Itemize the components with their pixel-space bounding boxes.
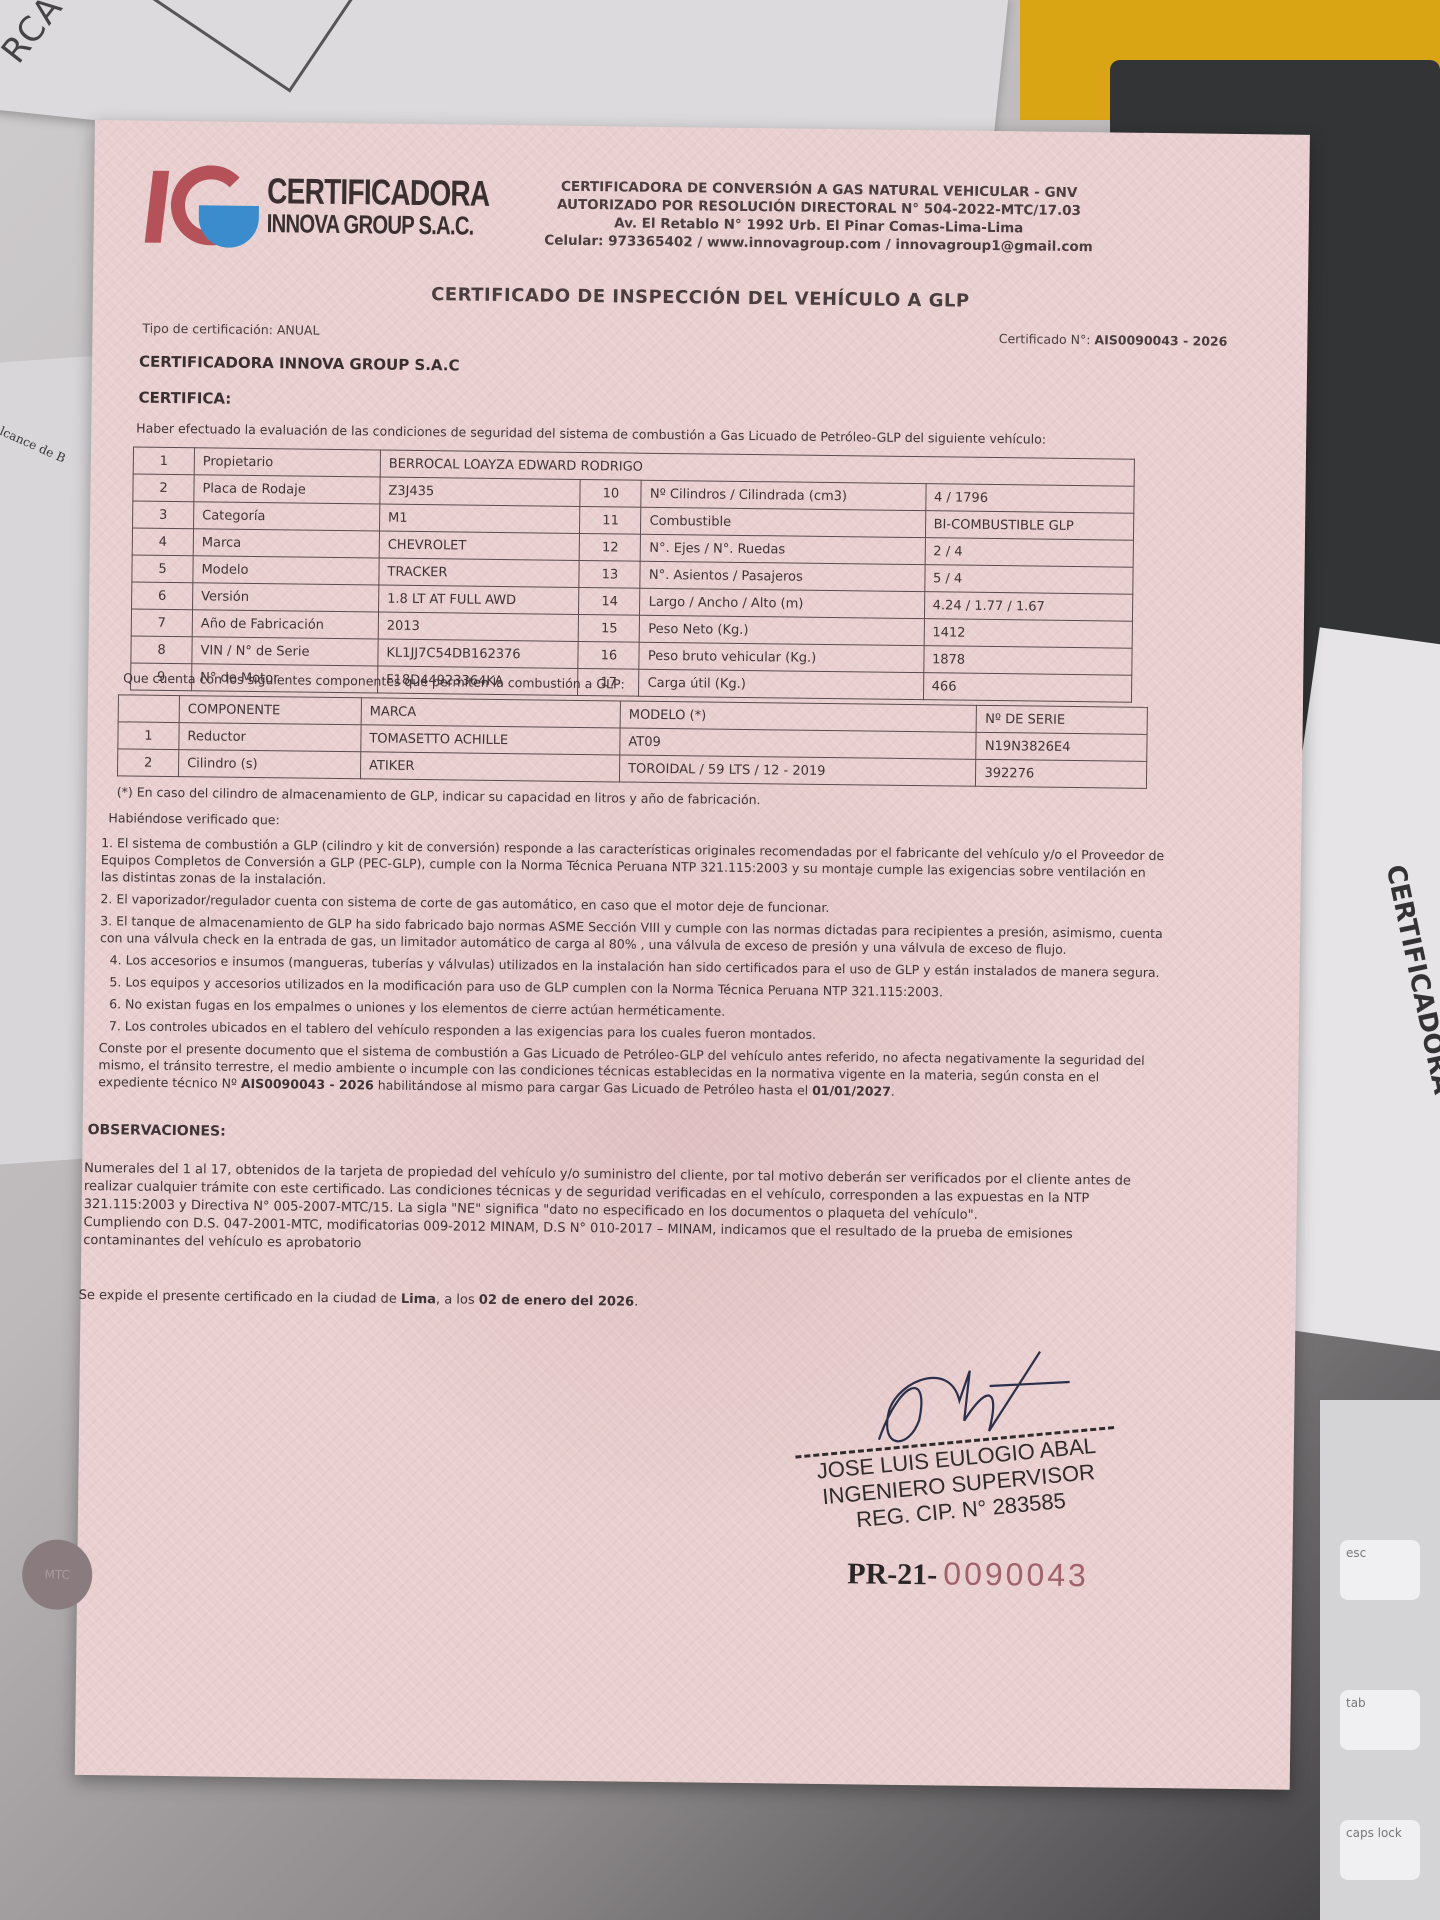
valid-until-date: 01/01/2027 bbox=[812, 1083, 891, 1099]
verification-list: 1. El sistema de combustión a GLP (cilin… bbox=[98, 834, 1166, 1108]
company-logo: CERTIFICADORA INNOVA GROUP S.A.C. bbox=[148, 151, 469, 255]
component-serial: N19N3826E4 bbox=[976, 732, 1147, 761]
background-drawn-box bbox=[103, 0, 355, 93]
logo-text: CERTIFICADORA INNOVA GROUP S.A.C. bbox=[267, 170, 553, 242]
constancia-text: habilitándose al mismo para cargar Gas L… bbox=[374, 1077, 813, 1097]
expediente-number: AIS0090043 - 2026 bbox=[241, 1076, 374, 1093]
background-paper-left-text: dentro del alcance de B bbox=[0, 394, 68, 465]
issued-city: Lima bbox=[401, 1292, 436, 1307]
field-label: Año de Fabricación bbox=[192, 610, 378, 639]
field-value: 4.24 / 1.77 / 1.67 bbox=[924, 592, 1133, 622]
verification-item: 1. El sistema de combustión a GLP (cilin… bbox=[101, 834, 1167, 898]
certificate-header: CERTIFICADORA INNOVA GROUP S.A.C. CERTIF… bbox=[148, 151, 1269, 275]
certificate-document: CERTIFICADORA INNOVA GROUP S.A.C. CERTIF… bbox=[75, 120, 1310, 1790]
field-value: 466 bbox=[923, 673, 1132, 703]
cylinder-note: (*) En caso del cilindro de almacenamien… bbox=[117, 784, 761, 807]
components-table: COMPONENTE MARCA MODELO (*) Nº DE SERIE … bbox=[117, 694, 1148, 789]
issued-text: Se expide el presente certificado en la … bbox=[79, 1288, 401, 1307]
certification-type: Tipo de certificación: ANUAL bbox=[142, 321, 319, 338]
row-number: 15 bbox=[579, 614, 640, 642]
issued-date: 02 de enero del 2026 bbox=[479, 1293, 634, 1310]
field-value: 1.8 LT AT FULL AWD bbox=[378, 585, 579, 614]
logo-line-2: INNOVA GROUP S.A.C. bbox=[267, 208, 490, 242]
row-number: 6 bbox=[132, 582, 193, 610]
field-value: 5 / 4 bbox=[924, 565, 1133, 595]
component-model: TOROIDAL / 59 LTS / 12 - 2019 bbox=[619, 755, 976, 786]
background-paper-right-text: CERTIFICADORA bbox=[1380, 862, 1440, 1097]
keyboard-key: esc bbox=[1340, 1540, 1420, 1600]
field-label: N°. Asientos / Pasajeros bbox=[640, 561, 924, 591]
row-number: 13 bbox=[579, 560, 640, 588]
field-value: BI-COMBUSTIBLE GLP bbox=[925, 511, 1134, 541]
field-value: 1412 bbox=[924, 619, 1133, 649]
field-label: Peso bruto vehicular (Kg.) bbox=[639, 642, 923, 672]
row-number: 10 bbox=[580, 479, 641, 507]
field-label: N°. Ejes / N°. Ruedas bbox=[641, 534, 925, 564]
certificate-number-value: AIS0090043 - 2026 bbox=[1094, 332, 1227, 349]
column-header: Nº DE SERIE bbox=[977, 705, 1148, 734]
field-label: Peso Neto (Kg.) bbox=[640, 615, 924, 645]
row-number: 1 bbox=[118, 722, 179, 750]
meta-row: Tipo de certificación: ANUAL Certificado… bbox=[142, 321, 1227, 349]
certifica-heading: CERTIFICA: bbox=[139, 389, 232, 408]
column-header: MODELO (*) bbox=[620, 701, 977, 732]
ig-logo-icon bbox=[148, 165, 264, 251]
row-number: 12 bbox=[580, 533, 641, 561]
field-label: Nº Cilindros / Cilindrada (cm3) bbox=[641, 480, 925, 510]
certificate-number-label: Certificado N°: bbox=[999, 331, 1091, 347]
serial-prefix: PR-21- bbox=[847, 1557, 937, 1591]
field-label: Modelo bbox=[193, 556, 379, 585]
column-header bbox=[118, 695, 179, 723]
row-number: 4 bbox=[132, 528, 193, 556]
field-value: 2 / 4 bbox=[925, 538, 1134, 568]
field-label: VIN / N° de Serie bbox=[192, 637, 378, 666]
field-value: 4 / 1796 bbox=[925, 484, 1134, 514]
row-number: 3 bbox=[133, 501, 194, 529]
field-label: Largo / Ancho / Alto (m) bbox=[640, 588, 924, 618]
background-paper-top-text: RCA Y MO bbox=[0, 0, 138, 71]
mtc-seal-icon: MTC bbox=[22, 1539, 93, 1610]
component-brand: ATIKER bbox=[360, 752, 619, 782]
verification-intro: Habiéndose verificado que: bbox=[108, 810, 279, 827]
component-brand: TOMASETTO ACHILLE bbox=[361, 725, 620, 755]
issued-statement: Se expide el presente certificado en la … bbox=[79, 1288, 639, 1310]
row-number: 2 bbox=[117, 749, 178, 777]
field-label: Carga útil (Kg.) bbox=[639, 669, 923, 699]
component-model: AT09 bbox=[620, 728, 977, 759]
constancia-paragraph: Conste por el presente documento que el … bbox=[98, 1039, 1164, 1103]
component-name: Reductor bbox=[179, 723, 361, 752]
vehicle-data-table: 1 Propietario BERROCAL LOAYZA EDWARD ROD… bbox=[130, 446, 1135, 702]
field-value: KL1JJ7C54DB162376 bbox=[378, 639, 579, 668]
column-header: MARCA bbox=[361, 698, 620, 728]
field-label: Versión bbox=[193, 583, 379, 612]
serial-number: 0090043 bbox=[943, 1555, 1089, 1593]
header-info: CERTIFICADORA DE CONVERSIÓN A GAS NATURA… bbox=[538, 177, 1099, 256]
observations-title: OBSERVACIONES: bbox=[88, 1122, 226, 1140]
row-number: 8 bbox=[131, 636, 192, 664]
field-label: Propietario bbox=[194, 448, 380, 477]
evaluation-intro: Haber efectuado la evaluación de las con… bbox=[136, 421, 1046, 447]
field-label: Placa de Rodaje bbox=[194, 475, 380, 504]
document-title: CERTIFICADO DE INSPECCIÓN DEL VEHÍCULO A… bbox=[93, 280, 1308, 316]
row-number: 1 bbox=[133, 447, 194, 475]
keyboard-key: tab bbox=[1340, 1690, 1420, 1750]
component-serial: 392276 bbox=[976, 759, 1147, 788]
column-header: COMPONENTE bbox=[179, 696, 361, 725]
row-number: 16 bbox=[578, 641, 639, 669]
constancia-text: . bbox=[891, 1084, 895, 1099]
issued-text: , a los bbox=[436, 1292, 479, 1308]
field-value: 2013 bbox=[378, 612, 579, 641]
company-name: CERTIFICADORA INNOVA GROUP S.A.C bbox=[139, 353, 460, 375]
issued-text: . bbox=[634, 1295, 638, 1310]
document-serial: PR-21-0090043 bbox=[847, 1554, 1089, 1594]
field-label: Categoría bbox=[194, 502, 380, 531]
row-number: 2 bbox=[133, 474, 194, 502]
background-keyboard: esc tab caps lock bbox=[1320, 1400, 1440, 1920]
field-value: 1878 bbox=[923, 646, 1132, 676]
field-label: Marca bbox=[193, 529, 379, 558]
observations-body: Numerales del 1 al 17, obtenidos de la t… bbox=[83, 1160, 1169, 1263]
field-value: CHEVROLET bbox=[379, 531, 580, 560]
field-value: Z3J435 bbox=[380, 477, 581, 506]
field-value: M1 bbox=[379, 504, 580, 533]
row-number: 7 bbox=[131, 609, 192, 637]
row-number: 11 bbox=[580, 506, 641, 534]
field-value: TRACKER bbox=[379, 558, 580, 587]
row-number: 5 bbox=[132, 555, 193, 583]
certificate-number: Certificado N°: AIS0090043 - 2026 bbox=[999, 331, 1228, 349]
field-label: Combustible bbox=[641, 507, 925, 537]
row-number: 14 bbox=[579, 587, 640, 615]
component-name: Cilindro (s) bbox=[178, 750, 360, 779]
keyboard-key: caps lock bbox=[1340, 1820, 1420, 1880]
